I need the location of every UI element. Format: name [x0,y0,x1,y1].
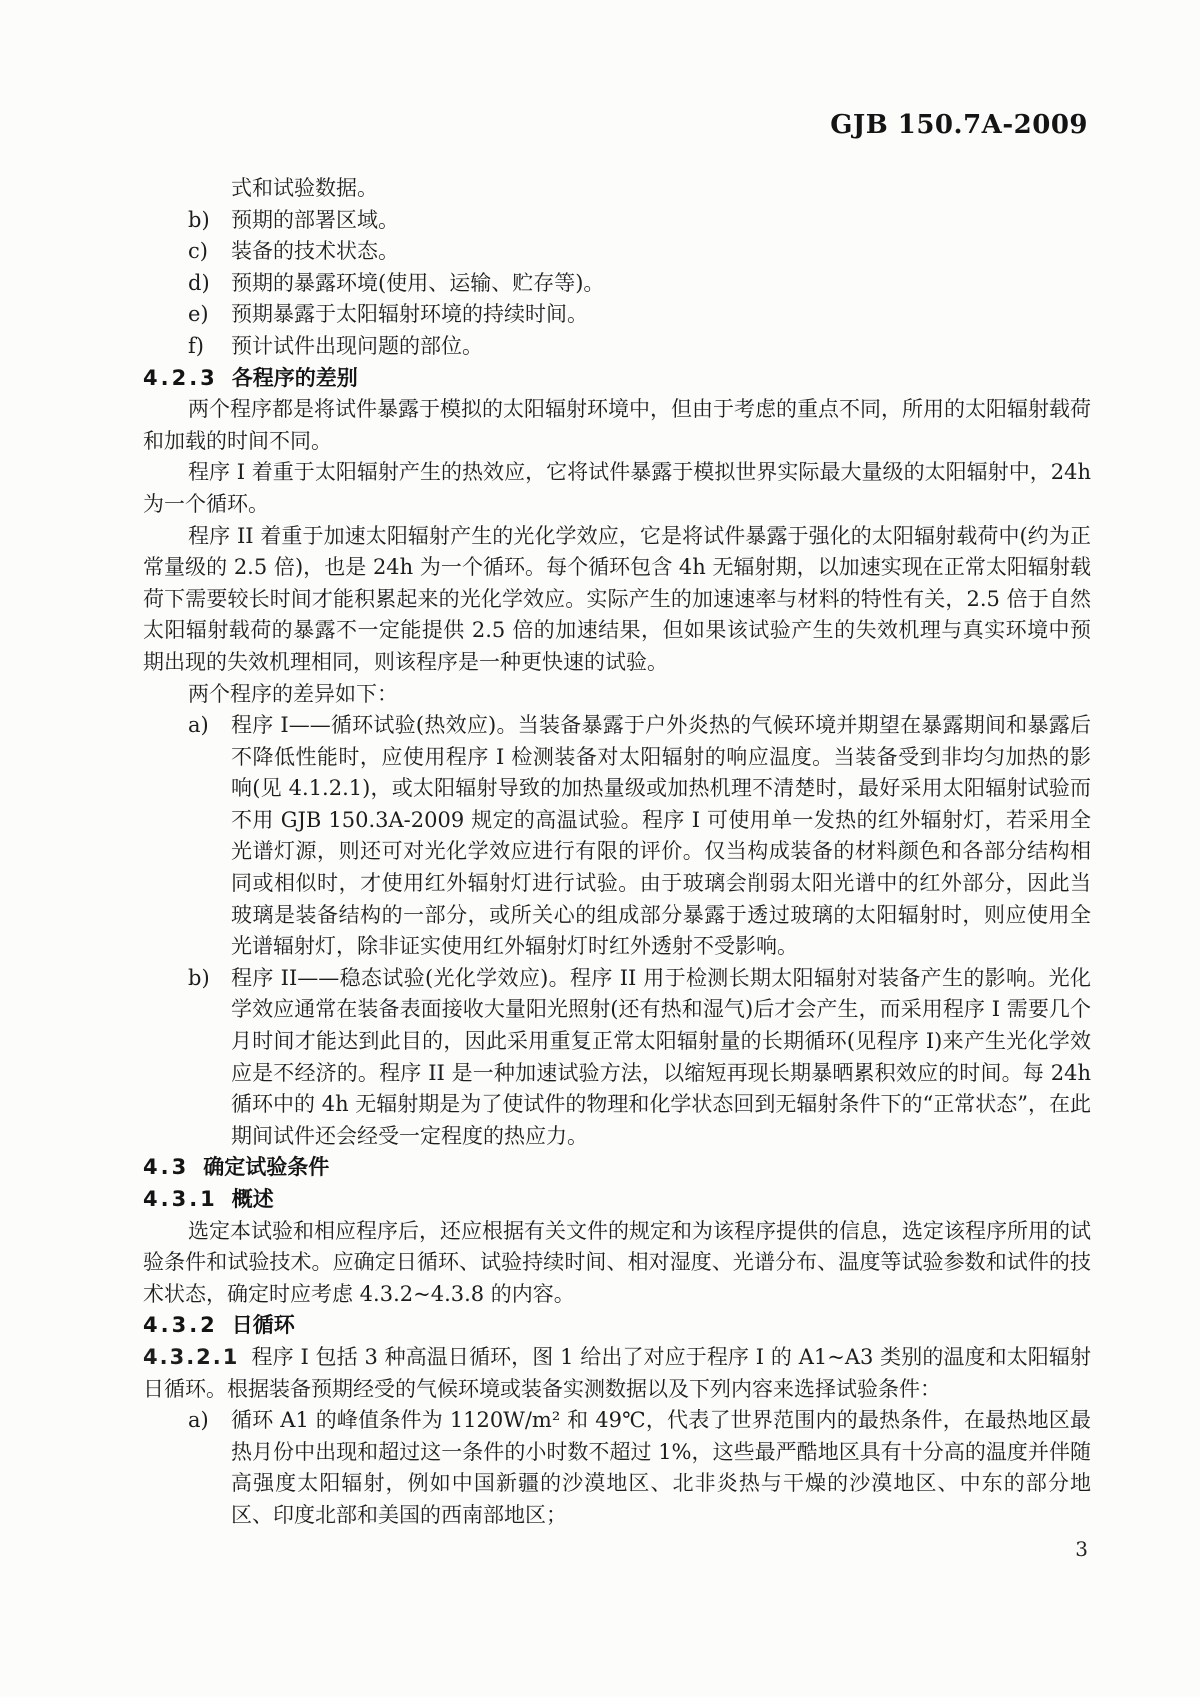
list-item-f: f) 预计试件出现问题的部位。 [143,331,1091,363]
list-label: b) [188,963,210,995]
heading-number: 4.3.1 [143,1187,218,1211]
standard-number: GJB 150.7A-2009 [830,110,1088,140]
heading-number: 4.3.2 [143,1313,218,1337]
paragraph: 两个程序的差异如下： [143,679,1091,711]
heading-title: 确定试验条件 [203,1155,329,1179]
paragraph: 两个程序都是将试件暴露于模拟的太阳辐射环境中，但由于考虑的重点不同，所用的太阳辐… [143,394,1091,457]
heading-title: 各程序的差别 [232,366,358,390]
list-item-cycle-a1: a) 循环 A1 的峰值条件为 1120W/m² 和 49℃，代表了世界范围内的… [143,1405,1091,1531]
list-label: e) [188,299,209,331]
list-text: 预期的暴露环境(使用、运输、贮存等)。 [231,271,604,295]
page-number: 3 [1075,1537,1088,1561]
list-label: a) [188,1405,209,1437]
clause-text: 程序 I 包括 3 种高温日循环，图 1 给出了对应于程序 I 的 A1~A3 … [143,1345,1091,1401]
section-heading-4-3-1: 4.3.1概述 [143,1184,1091,1216]
heading-title: 概述 [232,1187,274,1211]
list-label: a) [188,710,209,742]
list-label: c) [188,236,208,268]
list-text: 预期暴露于太阳辐射环境的持续时间。 [231,302,588,326]
list-text: 装备的技术状态。 [231,239,399,263]
list-item-d: d) 预期的暴露环境(使用、运输、贮存等)。 [143,268,1091,300]
section-heading-4-2-3: 4.2.3各程序的差别 [143,363,1091,395]
list-item-b: b) 预期的部署区域。 [143,205,1091,237]
paragraph: 程序 II 着重于加速太阳辐射产生的光化学效应，它是将试件暴露于强化的太阳辐射载… [143,521,1091,679]
list-label: b) [188,205,210,237]
section-heading-4-3-2: 4.3.2日循环 [143,1310,1091,1342]
list-item-procedure-2: b) 程序 II——稳态试验(光化学效应)。程序 II 用于检测长期太阳辐射对装… [143,963,1091,1153]
list-text: 程序 II——稳态试验(光化学效应)。程序 II 用于检测长期太阳辐射对装备产生… [231,966,1091,1148]
heading-number: 4.2.3 [143,366,218,390]
heading-title: 日循环 [232,1313,295,1337]
paragraph: 选定本试验和相应程序后，还应根据有关文件的规定和为该程序提供的信息，选定该程序所… [143,1216,1091,1311]
section-heading-4-3: 4.3确定试验条件 [143,1152,1091,1184]
list-item-c: c) 装备的技术状态。 [143,236,1091,268]
list-label: f) [188,331,204,363]
list-item-e: e) 预期暴露于太阳辐射环境的持续时间。 [143,299,1091,331]
heading-number: 4.3 [143,1155,189,1179]
clause-number: 4.3.2.1 [143,1345,239,1369]
list-label: d) [188,268,210,300]
list-text: 程序 I——循环试验(热效应)。当装备暴露于户外炎热的气候环境并期望在暴露期间和… [231,713,1091,958]
paragraph: 程序 I 着重于太阳辐射产生的热效应，它将试件暴露于模拟世界实际最大量级的太阳辐… [143,457,1091,520]
list-item-procedure-1: a) 程序 I——循环试验(热效应)。当装备暴露于户外炎热的气候环境并期望在暴露… [143,710,1091,963]
page-content: 式和试验数据。 b) 预期的部署区域。 c) 装备的技术状态。 d) 预期的暴露… [143,173,1091,1532]
list-text: 预计试件出现问题的部位。 [231,334,483,358]
clause-paragraph-4-3-2-1: 4.3.2.1程序 I 包括 3 种高温日循环，图 1 给出了对应于程序 I 的… [143,1342,1091,1405]
list-text: 预期的部署区域。 [231,208,399,232]
paragraph-continuation: 式和试验数据。 [143,173,1091,205]
list-text: 循环 A1 的峰值条件为 1120W/m² 和 49℃，代表了世界范围内的最热条… [231,1408,1091,1527]
document-page: GJB 150.7A-2009 式和试验数据。 b) 预期的部署区域。 c) 装… [0,0,1200,1697]
